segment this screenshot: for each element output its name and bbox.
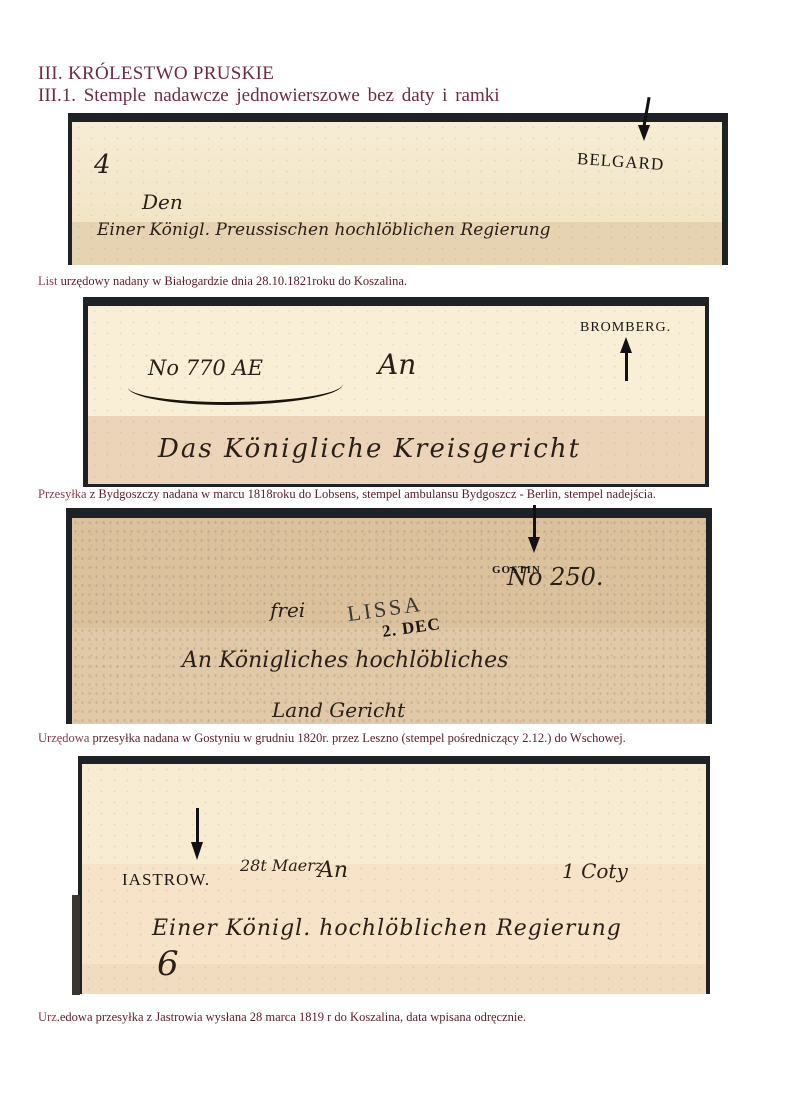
item-caption: Urz.edowa przesyłka z Jastrowia wysłana … (38, 1010, 526, 1025)
handwritten-address: Einer Königl. Preussischen hochlöblichen… (97, 220, 551, 240)
mount-sleeve-edge (72, 895, 80, 995)
item-caption: List urzędowy nadany w Białogardzie dnia… (38, 274, 407, 289)
handwritten-address: Einer Königl. hochlöblichen Regierung (152, 916, 622, 941)
handwritten-postage: 1 Coty (562, 859, 628, 883)
postmark-gostin: GOSTIN (492, 564, 541, 576)
handwritten-address: Das Königliche Kreisgericht (158, 434, 581, 464)
handwritten-date: 28t Maerz (240, 856, 323, 875)
postmark-iastrow: IASTROW. (122, 870, 210, 890)
handwritten-number: 4 (94, 150, 111, 180)
handwritten-den: Den (142, 190, 183, 214)
handwritten-an: An (318, 858, 348, 883)
section-title: III. KRÓLESTWO PRUSKIE (38, 63, 274, 85)
postmark-bromberg: BROMBERG. (580, 320, 671, 336)
handwritten-an: An (378, 348, 416, 381)
letter-image: 4 Den Einer Königl. Preussischen hochlöb… (72, 122, 722, 265)
letter-image: IASTROW. 28t Maerz An 1 Coty Einer König… (82, 764, 706, 994)
section-subtitle: III.1. Stemple nadawcze jednowierszowe b… (38, 85, 500, 107)
letter-image: No 770 AE An Das Königliche Kreisgericht… (88, 306, 705, 484)
letter-image: No 250. frei An Königliches hochlöbliche… (72, 518, 706, 724)
item-caption: Przesyłka z Bydgoszczy nadana w marcu 18… (38, 487, 656, 502)
handwritten-frei: frei (270, 598, 305, 622)
handwritten-address-line2: Land Gericht (272, 698, 405, 722)
handwritten-address: An Königliches hochlöbliches (182, 648, 508, 673)
handwritten-rate: 6 (157, 944, 179, 984)
item-caption: Urzędowa przesyłka nadana w Gostyniu w g… (38, 731, 626, 746)
